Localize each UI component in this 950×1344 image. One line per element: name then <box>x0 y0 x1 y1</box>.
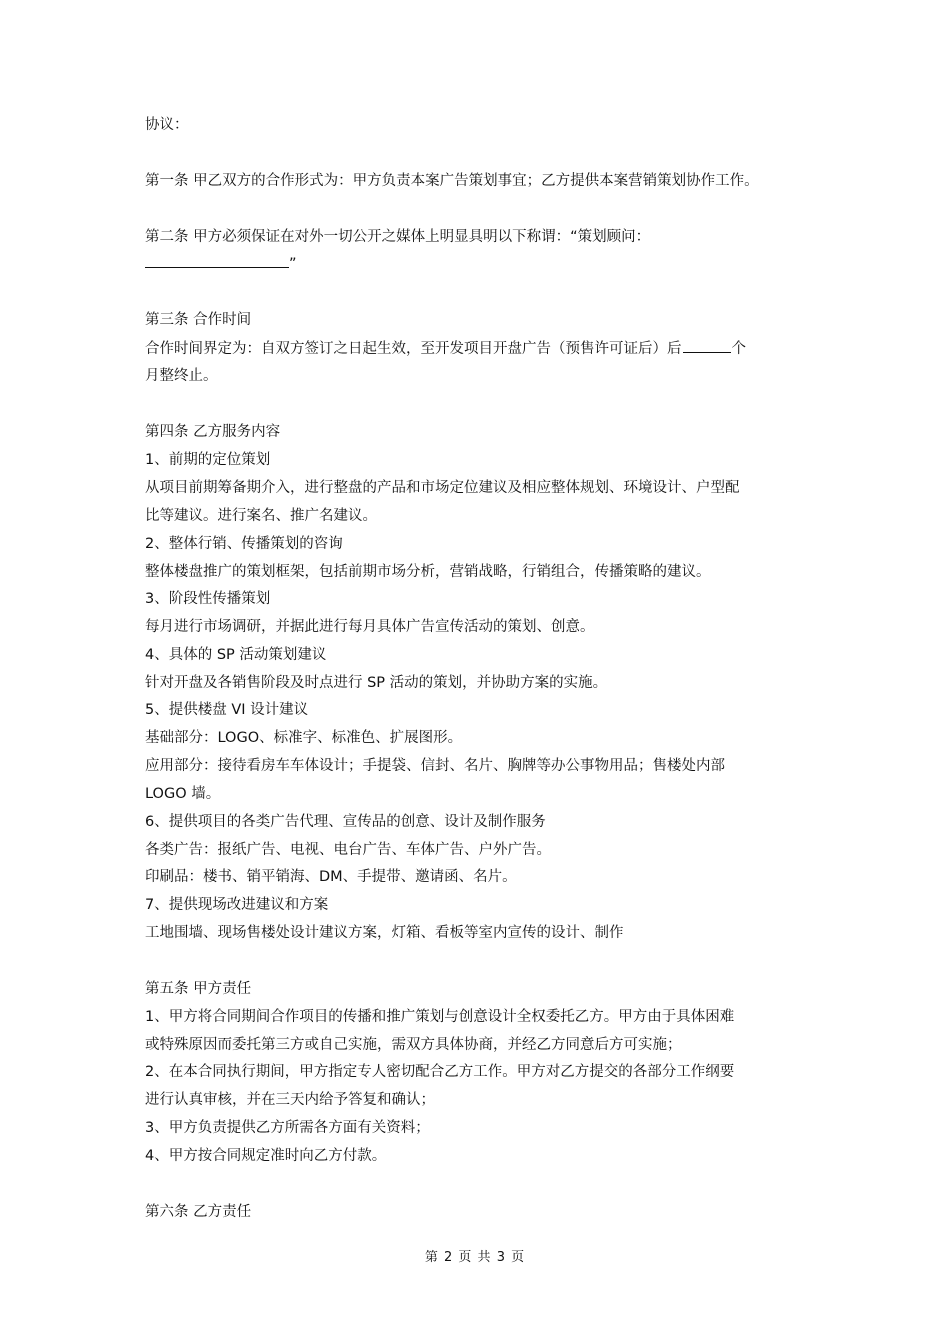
article-3-unit: 个 <box>732 341 747 357</box>
page-indicator: 第 2 页 共 3 页 <box>0 1248 950 1268</box>
service-6-line-1: 各类广告：报纸广告、电视、电台广告、车体广告、户外广告。 <box>145 840 551 860</box>
article-3-title: 第三条 合作时间 <box>145 310 251 330</box>
service-7-line-1: 工地围墙、现场售楼处设计建议方案，灯箱、看板等室内宣传的设计、制作 <box>145 923 624 943</box>
service-5-heading: 5、提供楼盘 VI 设计建议 <box>145 700 308 720</box>
service-3-line-1: 每月进行市场调研，并据此进行每月具体广告宣传活动的策划、创意。 <box>145 617 595 637</box>
service-5-line-1: 基础部分：LOGO、标准字、标准色、扩展图形。 <box>145 728 462 748</box>
article-5-line-4: 进行认真审核，并在三天内给予答复和确认； <box>145 1090 435 1110</box>
article-3-line-1: 合作时间界定为：自双方签订之日起生效，至开发项目开盘广告（预售许可证后）后个 <box>145 338 746 359</box>
service-1-line-2: 比等建议。进行案名、推广名建议。 <box>145 506 377 526</box>
service-2-heading: 2、整体行销、传播策划的咨询 <box>145 534 343 554</box>
article-5-line-1: 1、甲方将合同期间合作项目的传播和推广策划与创意设计全权委托乙方。甲方由于具体困… <box>145 1007 734 1027</box>
service-3-heading: 3、阶段性传播策划 <box>145 589 270 609</box>
service-4-heading: 4、具体的 SP 活动策划建议 <box>145 645 326 665</box>
months-blank <box>683 338 731 353</box>
article-5-line-5: 3、甲方负责提供乙方所需各方面有关资料； <box>145 1118 430 1138</box>
service-1-heading: 1、前期的定位策划 <box>145 450 270 470</box>
article-3-line-2: 月整终止。 <box>145 366 218 386</box>
article-2-line-2: ” <box>145 253 297 274</box>
document-page: 协议： 第一条 甲乙双方的合作形式为：甲方负责本案广告策划事宜；乙方提供本案营销… <box>0 0 950 1344</box>
service-7-heading: 7、提供现场改进建议和方案 <box>145 895 328 915</box>
article-4-title: 第四条 乙方服务内容 <box>145 422 280 442</box>
service-1-line-1: 从项目前期筹备期介入，进行整盘的产品和市场定位建议及相应整体规划、环境设计、户型… <box>145 478 740 498</box>
service-2-line-1: 整体楼盘推广的策划框架，包括前期市场分析，营销战略，行销组合，传播策略的建议。 <box>145 562 711 582</box>
service-5-line-2: 应用部分：接待看房车车体设计；手提袋、信封、名片、胸牌等办公事物用品；售楼处内部 <box>145 756 725 776</box>
intro-text: 协议： <box>145 115 189 135</box>
service-5-line-3: LOGO 墙。 <box>145 784 220 804</box>
closing-quote: ” <box>289 256 297 272</box>
service-6-line-2: 印刷品：楼书、销平销海、DM、手提带、邀请函、名片。 <box>145 867 517 887</box>
service-6-heading: 6、提供项目的各类广告代理、宣传品的创意、设计及制作服务 <box>145 812 546 832</box>
advisor-name-blank <box>145 253 289 268</box>
article-6-title: 第六条 乙方责任 <box>145 1202 251 1222</box>
service-4-line-1: 针对开盘及各销售阶段及时点进行 SP 活动的策划，并协助方案的实施。 <box>145 673 607 693</box>
article-5-line-2: 或特殊原因而委托第三方或自己实施，需双方具体协商，并经乙方同意后方可实施； <box>145 1035 682 1055</box>
article-5-title: 第五条 甲方责任 <box>145 979 251 999</box>
article-3-text: 合作时间界定为：自双方签订之日起生效，至开发项目开盘广告（预售许可证后）后 <box>145 341 682 357</box>
article-1: 第一条 甲乙双方的合作形式为：甲方负责本案广告策划事宜；乙方提供本案营销策划协作… <box>145 171 759 191</box>
article-2-line-1: 第二条 甲方必须保证在对外一切公开之媒体上明显具明以下称谓：“策划顾问： <box>145 227 650 247</box>
article-5-line-6: 4、甲方按合同规定准时向乙方付款。 <box>145 1146 386 1166</box>
article-5-line-3: 2、在本合同执行期间，甲方指定专人密切配合乙方工作。甲方对乙方提交的各部分工作纲… <box>145 1062 734 1082</box>
